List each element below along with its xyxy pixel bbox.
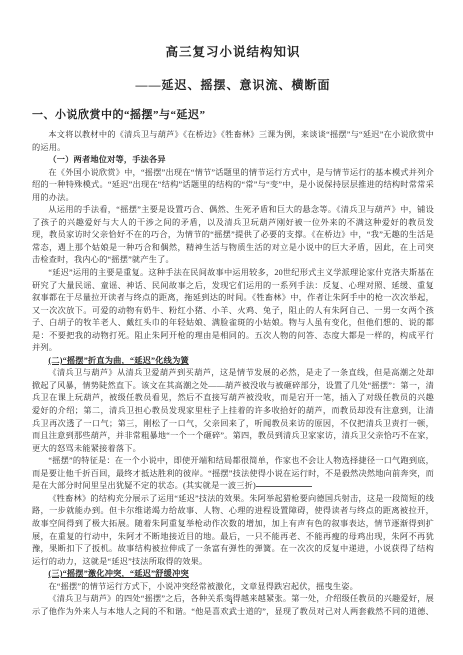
paragraph-qingbingwei-climax: 《清兵卫与葫芦》从清兵卫爱葫芦到买葫芦，这是情节发展的必然，是走了一条直线，但是… xyxy=(32,367,434,455)
paragraph-yaobai-feature: “摇摆”的特征是：在一个小说中，即使开端和结局都很简单，作家也不会让人物选择捷径… xyxy=(32,455,434,493)
paragraph-yaobai-methods: 从运用的手法看，“摇摆”主要是设置巧合、偶然、生死矛盾和巨大的悬念等。《清兵卫与… xyxy=(32,204,434,267)
paragraph-conflict-intensify: 在“摇摆”的情节运行方式下，小说冲突经常被激化，文章显得跌宕起伏，摇曳生姿。 xyxy=(32,581,434,594)
subheading-3: (三)“摇摆”激化冲突，“延迟”舒缓冲突 xyxy=(32,568,434,581)
paragraph-equal-status: 在《外国小说欣赏》中，“摇摆”出现在“情节”话题里的情节运行方式中，是与情节运行… xyxy=(32,167,434,205)
paragraph-intro: 本文将以教材中的《清兵卫与葫芦》《在桥边》《牲畜林》三课为例，来谈谈“摇摆”与“… xyxy=(32,129,434,154)
paragraph-shengchulin-effect: 《牲畜林》的结构充分展示了运用“延迟”技法的效果。朱阿举起猎枪要向德国兵射击，这… xyxy=(32,493,434,568)
page-number: 1 xyxy=(0,597,463,606)
section-heading: 一、小说欣赏中的“摇摆”与“延迟” xyxy=(32,106,434,122)
document-page: 高三复习小说结构知识 ——延迟、摇摆、意识流、横断面 一、小说欣赏中的“摇摆”与… xyxy=(0,0,463,655)
subheading-1: （一）两者地位对等，手法各异 xyxy=(32,154,434,167)
doc-title: 高三复习小说结构知识 xyxy=(32,42,434,60)
subheading-2: (二)“摇摆”折直为曲，“延迟”化线为簧 xyxy=(32,355,434,368)
doc-subtitle: ——延迟、摇摆、意识流、横断面 xyxy=(32,76,434,93)
paragraph-yanchi-repetition: “延迟”运用的主要是重复。这种手法在民间故事中运用较多，20世纪形式主义学派理论… xyxy=(32,267,434,355)
